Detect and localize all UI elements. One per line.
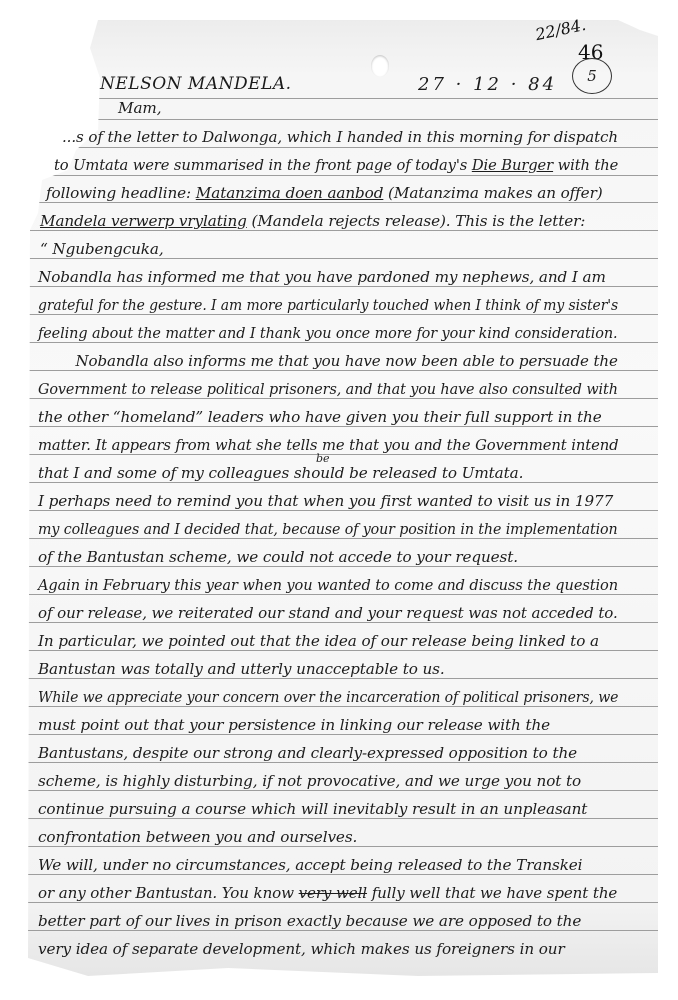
letter-line: “ Ngubengcuka, [40, 239, 164, 259]
letter-line: that I and some of my colleagues should … [38, 463, 523, 483]
circled-page-number: 5 [572, 58, 612, 94]
letter-line: Government to release political prisoner… [38, 379, 618, 399]
letter-line: the other “homeland” leaders who have gi… [38, 407, 602, 427]
punch-hole [371, 55, 389, 77]
letter-line: scheme, is highly disturbing, if not pro… [38, 771, 581, 791]
letter-line: my colleagues and I decided that, becaus… [38, 519, 618, 539]
underlined-text: Die Burger [472, 156, 553, 174]
ruled-line [28, 147, 658, 148]
letter-line: or any other Bantustan. You know very we… [38, 883, 617, 903]
caret-insertion: be [316, 452, 330, 465]
salutation: Mam, [118, 98, 161, 118]
author-header: NELSON MANDELA. [100, 74, 292, 94]
letter-line: Nobandla has informed me that you have p… [38, 267, 606, 287]
letter-line: grateful for the gesture. I am more part… [38, 295, 618, 315]
underlined-text: Matanzima doen aanbod [196, 184, 384, 202]
letter-date: 27 · 12 · 84 [418, 74, 557, 95]
letter-line: of the Bantustan scheme, we could not ac… [38, 547, 518, 567]
struck-text: very well [299, 884, 367, 902]
letter-line: Mandela verwerp vrylating (Mandela rejec… [40, 211, 585, 231]
letter-line: to Umtata were summarised in the front p… [54, 155, 618, 175]
letter-line: ...s of the letter to Dalwonga, which I … [62, 127, 618, 147]
letter-line: I perhaps need to remind you that when y… [38, 491, 613, 511]
letter-line: Bantustan was totally and utterly unacce… [38, 659, 445, 679]
letter-line: feeling about the matter and I thank you… [38, 323, 617, 343]
letter-line: We will, under no circumstances, accept … [38, 855, 582, 875]
circled-number-text: 5 [587, 67, 597, 85]
ruled-line [28, 119, 658, 120]
letter-line: confrontation between you and ourselves. [38, 827, 357, 847]
letter-line: of our release, we reiterated our stand … [38, 603, 618, 623]
letter-line: better part of our lives in prison exact… [38, 911, 581, 931]
letter-line: very idea of separate development, which… [38, 939, 565, 959]
letter-line: continue pursuing a course which will in… [38, 799, 587, 819]
letter-line: Again in February this year when you wan… [38, 575, 618, 595]
letter-line: must point out that your persistence in … [38, 715, 550, 735]
letter-line: Bantustans, despite our strong and clear… [38, 743, 577, 763]
letter-line: While we appreciate your concern over th… [38, 687, 618, 707]
letter-line: following headline: Matanzima doen aanbo… [46, 183, 603, 203]
letter-line: Nobandla also informs me that you have n… [38, 351, 618, 371]
ruled-line [28, 175, 658, 176]
underlined-text: Mandela verwerp vrylating [40, 212, 247, 230]
letter-line: In particular, we pointed out that the i… [38, 631, 599, 651]
